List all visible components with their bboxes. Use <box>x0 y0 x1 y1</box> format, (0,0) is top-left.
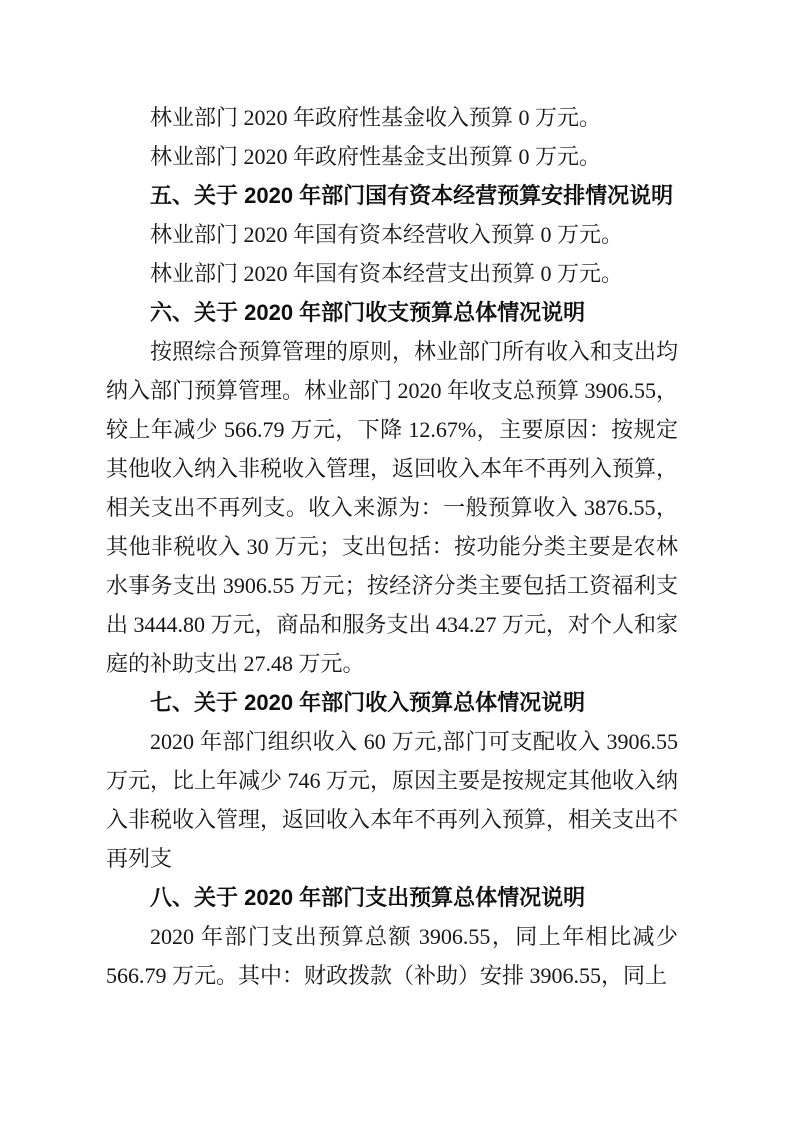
paragraph-state-capital-income: 林业部门 2020 年国有资本经营收入预算 0 万元。 <box>106 215 678 254</box>
paragraph-expense-budget: 2020 年部门支出预算总额 3906.55，同上年相比减少 566.79 万元… <box>106 917 678 995</box>
heading-section-seven: 七、关于 2020 年部门收入预算总体情况说明 <box>106 683 678 722</box>
paragraph-gov-fund-expense: 林业部门 2020 年政府性基金支出预算 0 万元。 <box>106 137 678 176</box>
document-body: 林业部门 2020 年政府性基金收入预算 0 万元。 林业部门 2020 年政府… <box>106 98 678 995</box>
paragraph-income-budget: 2020 年部门组织收入 60 万元,部门可支配收入 3906.55 万元，比上… <box>106 722 678 878</box>
heading-section-eight: 八、关于 2020 年部门支出预算总体情况说明 <box>106 878 678 917</box>
paragraph-state-capital-expense: 林业部门 2020 年国有资本经营支出预算 0 万元。 <box>106 254 678 293</box>
heading-section-six: 六、关于 2020 年部门收支预算总体情况说明 <box>106 293 678 332</box>
heading-section-five: 五、关于 2020 年部门国有资本经营预算安排情况说明 <box>106 176 678 215</box>
paragraph-gov-fund-income: 林业部门 2020 年政府性基金收入预算 0 万元。 <box>106 98 678 137</box>
paragraph-budget-overview: 按照综合预算管理的原则，林业部门所有收入和支出均纳入部门预算管理。林业部门 20… <box>106 332 678 683</box>
document-page: 林业部门 2020 年政府性基金收入预算 0 万元。 林业部门 2020 年政府… <box>0 0 793 1122</box>
